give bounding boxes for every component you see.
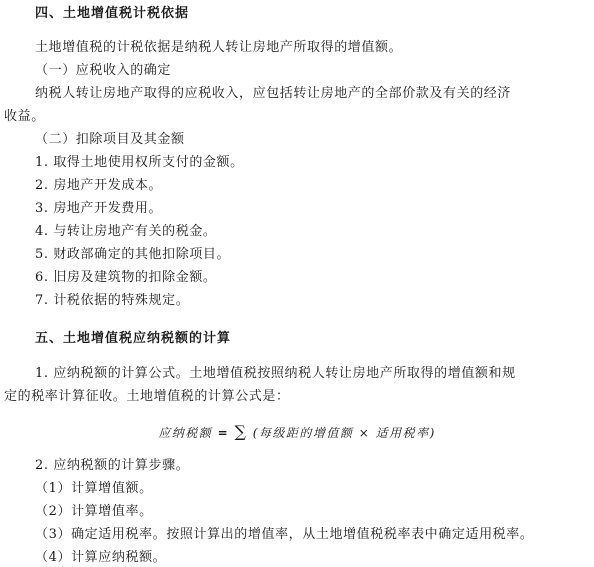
list-item: 4. 与转让房地产有关的税金。 [35, 224, 217, 240]
step-item: （2）计算增值率。 [35, 504, 153, 520]
list-item: 2. 房地产开发成本。 [35, 178, 162, 194]
list-item: 3. 房地产开发费用。 [35, 201, 162, 217]
subsection-title: （二）扣除项目及其金额 [35, 132, 185, 148]
paragraph: 1. 应纳税额的计算公式。土地增值税按照纳税人转让房地产所取得的增值额和规 [35, 366, 516, 382]
list-item: 1. 取得土地使用权所支付的金额。 [35, 155, 244, 171]
formula-equals: = [218, 426, 230, 440]
formula: 应纳税额 = ∑ (每级距的增值额 × 适用税率) [0, 422, 594, 441]
paragraph-continuation: 收益。 [4, 109, 45, 125]
document-page: 四、土地增值税计税依据 土地增值税的计税依据是纳税人转让房地产所取得的增值额。 … [0, 0, 594, 567]
subsection-title: （一）应税收入的确定 [35, 63, 171, 79]
paragraph-continuation: 定的税率计算征收。土地增值税的计算公式是： [4, 389, 290, 405]
list-item: 7. 计税依据的特殊规定。 [35, 293, 189, 309]
list-item: 5. 财政部确定的其他扣除项目。 [35, 247, 230, 263]
formula-left: 应纳税额 [158, 426, 212, 440]
step-item: （4）计算应纳税额。 [35, 550, 166, 566]
list-item: 6. 旧房及建筑物的扣除金额。 [35, 270, 217, 286]
section-4-heading: 四、土地增值税计税依据 [35, 6, 189, 22]
sigma-icon: ∑ [234, 422, 247, 441]
paragraph: 纳税人转让房地产取得的应税收入，应包括转让房地产的全部价款及有关的经济 [35, 86, 511, 102]
paragraph: 2. 应纳税额的计算步骤。 [35, 458, 189, 474]
step-item: （1）计算增值额。 [35, 481, 153, 497]
formula-right: (每级距的增值额 × 适用税率) [253, 426, 436, 440]
section-5-heading: 五、土地增值税应纳税额的计算 [35, 331, 231, 347]
paragraph: 土地增值税的计税依据是纳税人转让房地产所取得的增值额。 [35, 40, 402, 56]
step-item: （3）确定适用税率。按照计算出的增值率，从土地增值税税率表中确定适用税率。 [35, 527, 533, 543]
